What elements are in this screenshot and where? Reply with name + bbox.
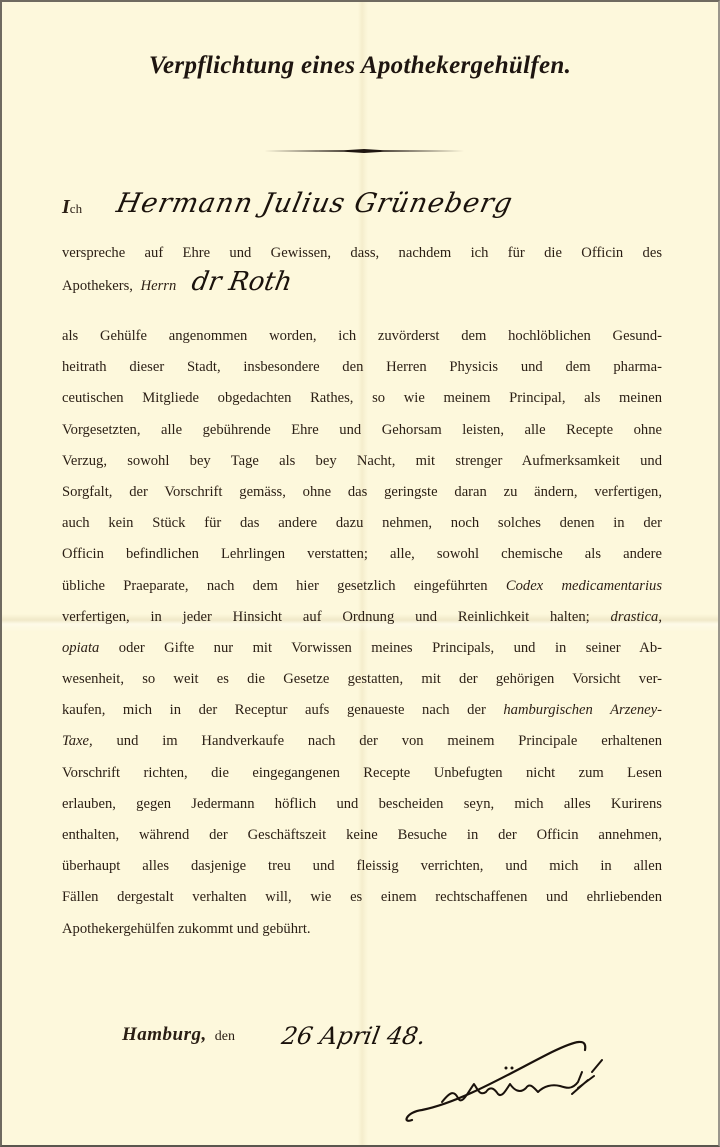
handwritten-principal: dr Roth [189, 267, 294, 297]
text-run: Officin befindlichen Lehrlingen verstatt… [62, 546, 662, 562]
text-run: überhaupt alles dasjenige treu und fleis… [62, 858, 662, 874]
herrn-label: Herrn [141, 278, 177, 294]
oath-name-line: Ich Hermann Julius Grüneberg [62, 182, 662, 232]
text-line: heitrath dieser Stadt, insbesondere den … [62, 352, 662, 383]
text-run: Sorgfalt, der Vorschrift gemäss, ohne da… [62, 484, 662, 500]
place-date-line: Hamburg, den [122, 1024, 235, 1046]
text-line: überhaupt alles dasjenige treu und fleis… [62, 851, 662, 882]
text-run: verfertigen, in jeder Hinsicht auf Ordnu… [62, 609, 611, 625]
text-line: als Gehülfe angenommen worden, ich zuvör… [62, 321, 662, 352]
place-name: Hamburg, [122, 1024, 207, 1045]
italic-term: drastica, [611, 609, 662, 625]
ornamental-rule [264, 149, 464, 153]
principal-line: Apothekers, Herrn [62, 278, 176, 295]
text-line: verspreche auf Ehre und Gewissen, dass, … [62, 238, 662, 269]
text-line: Apothekergehülfen zukommt und gebührt. [62, 914, 662, 945]
text-run: Vorschrift richten, die eingegangenen Re… [62, 765, 662, 781]
document-page: Verpflichtung eines Apothekergehülfen. I… [0, 0, 720, 1147]
text-run: übliche Praeparate, nach dem hier gesetz… [62, 578, 506, 594]
handwritten-name: Hermann Julius Grüneberg [114, 188, 516, 219]
text-line: Taxe, und im Handverkaufe nach der von m… [62, 726, 662, 757]
text-line: kaufen, mich in der Receptur aufs genaue… [62, 695, 662, 726]
text-line: Vorschrift richten, die eingegangenen Re… [62, 758, 662, 789]
text-run: ceutischen Mitgliede obgedachten Rathes,… [62, 390, 662, 406]
text-run: heitrath dieser Stadt, insbesondere den … [62, 359, 662, 375]
italic-term: hamburgischen Arzeney- [503, 702, 662, 718]
text-run: Fällen dergestalt verhalten will, wie es… [62, 889, 662, 905]
text-run: als Gehülfe angenommen worden, ich zuvör… [62, 328, 662, 344]
text-line: auch kein Stück für das andere dazu nehm… [62, 508, 662, 539]
text-line: Sorgfalt, der Vorschrift gemäss, ohne da… [62, 477, 662, 508]
italic-term: Taxe, [62, 733, 93, 749]
text-line: Verzug, sowohl bey Tage als bey Nacht, m… [62, 446, 662, 477]
text-line: verfertigen, in jeder Hinsicht auf Ordnu… [62, 602, 662, 633]
text-run: erlauben, gegen Jedermann höflich und be… [62, 796, 662, 812]
text-run: wesenheit, so weit es die Gesetze gestat… [62, 671, 662, 687]
text-line: wesenheit, so weit es die Gesetze gestat… [62, 664, 662, 695]
text-line: übliche Praeparate, nach dem hier gesetz… [62, 571, 662, 602]
text-line: Officin befindlichen Lehrlingen verstatt… [62, 539, 662, 570]
signature-scribble [402, 1032, 682, 1132]
text-line: Fällen dergestalt verhalten will, wie es… [62, 882, 662, 913]
oath-body: als Gehülfe angenommen worden, ich zuvör… [62, 321, 662, 945]
text-run: auch kein Stück für das andere dazu nehm… [62, 515, 662, 531]
text-run: Vorgesetzten, alle gebührende Ehre und G… [62, 422, 662, 438]
text-run: Apothekergehülfen zukommt und gebührt. [62, 921, 311, 937]
italic-term: opiata [62, 640, 99, 656]
text-line: opiata oder Gifte nur mit Vorwissen mein… [62, 633, 662, 664]
text-run: Verzug, sowohl bey Tage als bey Nacht, m… [62, 453, 662, 469]
text-run: oder Gifte nur mit Vorwissen meines Prin… [99, 640, 662, 656]
text-run: enthalten, während der Geschäftszeit kei… [62, 827, 662, 843]
text-line: ceutischen Mitgliede obgedachten Rathes,… [62, 383, 662, 414]
apothekers-label: Apothekers, [62, 278, 133, 294]
italic-term: Codex medicamentarius [506, 578, 662, 594]
document-title: Verpflichtung eines Apothekergehülfen. [2, 52, 718, 80]
text-line: Vorgesetzten, alle gebührende Ehre und G… [62, 415, 662, 446]
text-line: erlauben, gegen Jedermann höflich und be… [62, 789, 662, 820]
text-run: kaufen, mich in der Receptur aufs genaue… [62, 702, 503, 718]
oath-intro: verspreche auf Ehre und Gewissen, dass, … [62, 238, 662, 269]
text-line: enthalten, während der Geschäftszeit kei… [62, 820, 662, 851]
den-label: den [215, 1029, 235, 1044]
opening-word: Ich [62, 196, 82, 219]
text-run: und im Handverkaufe nach der von meinem … [93, 733, 662, 749]
